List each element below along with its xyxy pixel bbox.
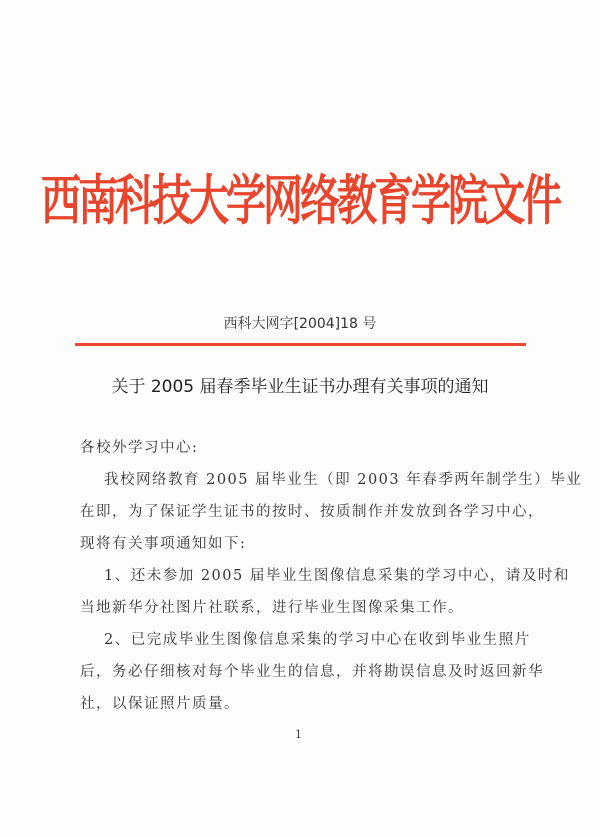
paragraph-line: 我校网络教育 2005 届毕业生（即 2003 年春季两年制学生）毕业 xyxy=(104,473,582,488)
paragraph-line: 1、还未参加 2005 届毕业生图像信息采集的学习中心，请及时和 xyxy=(104,569,570,584)
document-number: 西科大网字[2004]18 号 xyxy=(0,313,600,333)
red-divider xyxy=(75,343,526,346)
salutation: 各校外学习中心: xyxy=(80,441,198,456)
document-header: 西南科技大学网络教育学院文件 xyxy=(0,158,600,235)
paragraph-line: 后，务必仔细核对每个毕业生的信息，并将勘误信息及时返回新华 xyxy=(80,665,544,680)
paragraph-line: 在即，为了保证学生证书的按时、按质制作并发放到各学习中心， xyxy=(80,505,544,520)
paragraph-line: 2、已完成毕业生图像信息采集的学习中心在收到毕业生照片 xyxy=(104,633,531,648)
paragraph-line: 当地新华分社图片社联系，进行毕业生图像采集工作。 xyxy=(80,601,464,616)
paragraph-line: 社，以保证照片质量。 xyxy=(80,697,240,712)
document-title: 关于 2005 届春季毕业生证书办理有关事项的通知 xyxy=(0,372,600,397)
paragraph-line: 现将有关事项通知如下: xyxy=(80,537,246,552)
page-number: 1 xyxy=(295,728,302,741)
